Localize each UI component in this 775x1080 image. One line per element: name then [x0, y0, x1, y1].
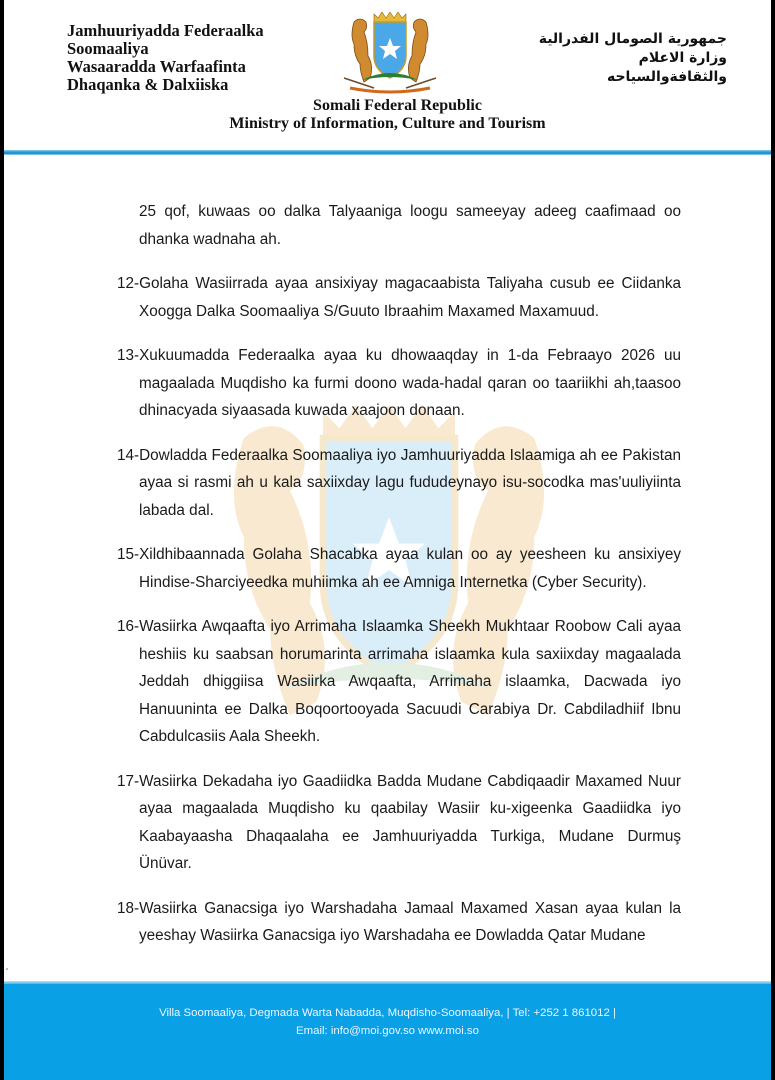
header-left-line: Jamhuuriyadda Federaalka [67, 22, 264, 40]
somalia-coat-of-arms-icon [340, 8, 440, 96]
header-arabic-title: جمهورية الصومال الفدرالية وزارة الاعلام … [539, 30, 727, 87]
paragraph: 13-Xukuumadda Federaalka ayaa ku dhowaaq… [117, 342, 681, 425]
header-somali-title: Jamhuuriyadda Federaalka Soomaaliya Wasa… [67, 22, 264, 94]
ministry-name: Ministry of Information, Culture and Tou… [4, 115, 771, 133]
republic-name: Somali Federal Republic [4, 97, 771, 115]
footer-address: Villa Soomaaliya, Degmada Warta Nabadda,… [4, 1004, 771, 1022]
header-right-line: وزارة الاعلام [539, 49, 727, 68]
footer-contact: Email: info@moi.gov.so www.moi.so [4, 1022, 771, 1040]
paragraph: 17-Wasiirka Dekadaha iyo Gaadiidka Badda… [117, 768, 681, 878]
footer: Villa Soomaaliya, Degmada Warta Nabadda,… [4, 984, 771, 1080]
paragraph: 15-Xildhibaannada Golaha Shacabka ayaa k… [117, 541, 681, 596]
paragraph: 12-Golaha Wasiirrada ayaa ansixiyay maga… [117, 270, 681, 325]
scan-artifact [6, 968, 8, 970]
header-english-title: Somali Federal Republic Ministry of Info… [4, 97, 771, 133]
paragraph: 14-Dowladda Federaalka Soomaaliya iyo Ja… [117, 442, 681, 525]
document-body: 25 qof, kuwaas oo dalka Talyaaniga loogu… [117, 198, 681, 967]
paragraph: 25 qof, kuwaas oo dalka Talyaaniga loogu… [117, 198, 681, 253]
paragraph: 18-Wasiirka Ganacsiga iyo Warshadaha Jam… [117, 895, 681, 950]
header-divider [4, 150, 771, 155]
header-right-line: جمهورية الصومال الفدرالية [539, 30, 727, 49]
header-right-line: والثقافةوالسياحه [539, 68, 727, 87]
header-left-line: Dhaqanka & Dalxiiska [67, 76, 264, 94]
letterhead-page: Jamhuuriyadda Federaalka Soomaaliya Wasa… [4, 0, 771, 1080]
header-left-line: Soomaaliya [67, 40, 264, 58]
header-left-line: Wasaaradda Warfaafinta [67, 58, 264, 76]
paragraph: 16-Wasiirka Awqaafta iyo Arrimaha Islaam… [117, 613, 681, 751]
